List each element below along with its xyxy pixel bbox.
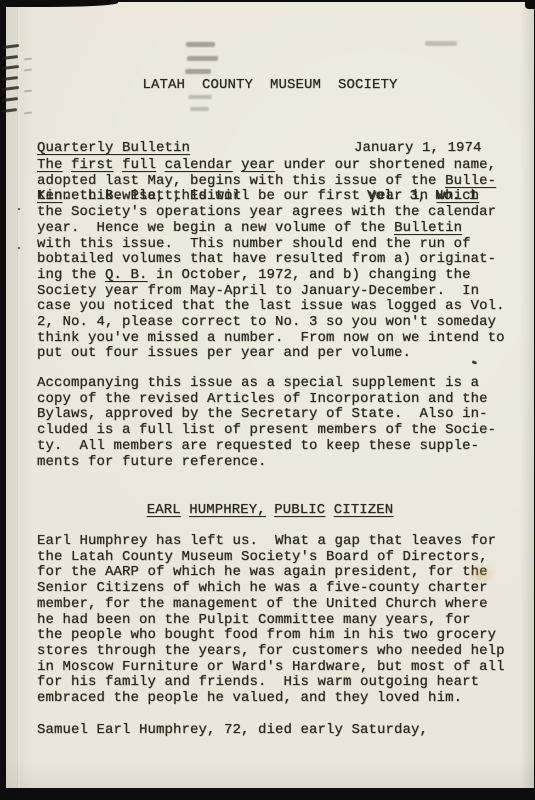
- ink-speck: [18, 247, 20, 249]
- ghost-smudge: [185, 69, 211, 74]
- body-paragraph-1: The first full calendar year under our s…: [37, 158, 505, 362]
- ghost-smudge: [186, 42, 215, 47]
- page-title: LATAH COUNTY MUSEUM SOCIETY: [6, 78, 534, 94]
- newsletter-page: LATAH COUNTY MUSEUM SOCIETY Quarterly Bu…: [6, 2, 534, 788]
- scanned-document: LATAH COUNTY MUSEUM SOCIETY Quarterly Bu…: [0, 0, 535, 800]
- body-paragraph-2: Accompanying this issue as a special sup…: [37, 376, 496, 470]
- publication-name: Quarterly Bulletin: [37, 141, 241, 157]
- paper-stain: [461, 560, 501, 588]
- ghost-smudge: [190, 107, 209, 111]
- ink-speck: [18, 208, 20, 210]
- scan-border-top-right: [525, 0, 535, 9]
- body-paragraph-3: Earl Humphrey has left us. What a gap th…: [37, 534, 505, 707]
- ghost-smudge: [187, 56, 218, 61]
- issue-date: January 1, 1974: [354, 141, 482, 157]
- ghost-smudge: [188, 95, 212, 99]
- scan-border-left: [0, 0, 6, 800]
- body-paragraph-4: Samuel Earl Humphrey, 72, died early Sat…: [37, 723, 428, 739]
- section-heading: EARL HUMPHREY, PUBLIC CITIZEN: [6, 503, 534, 519]
- ghost-smudge: [425, 41, 457, 46]
- paper-crease: [17, 2, 20, 788]
- scan-border-bottom: [0, 788, 535, 800]
